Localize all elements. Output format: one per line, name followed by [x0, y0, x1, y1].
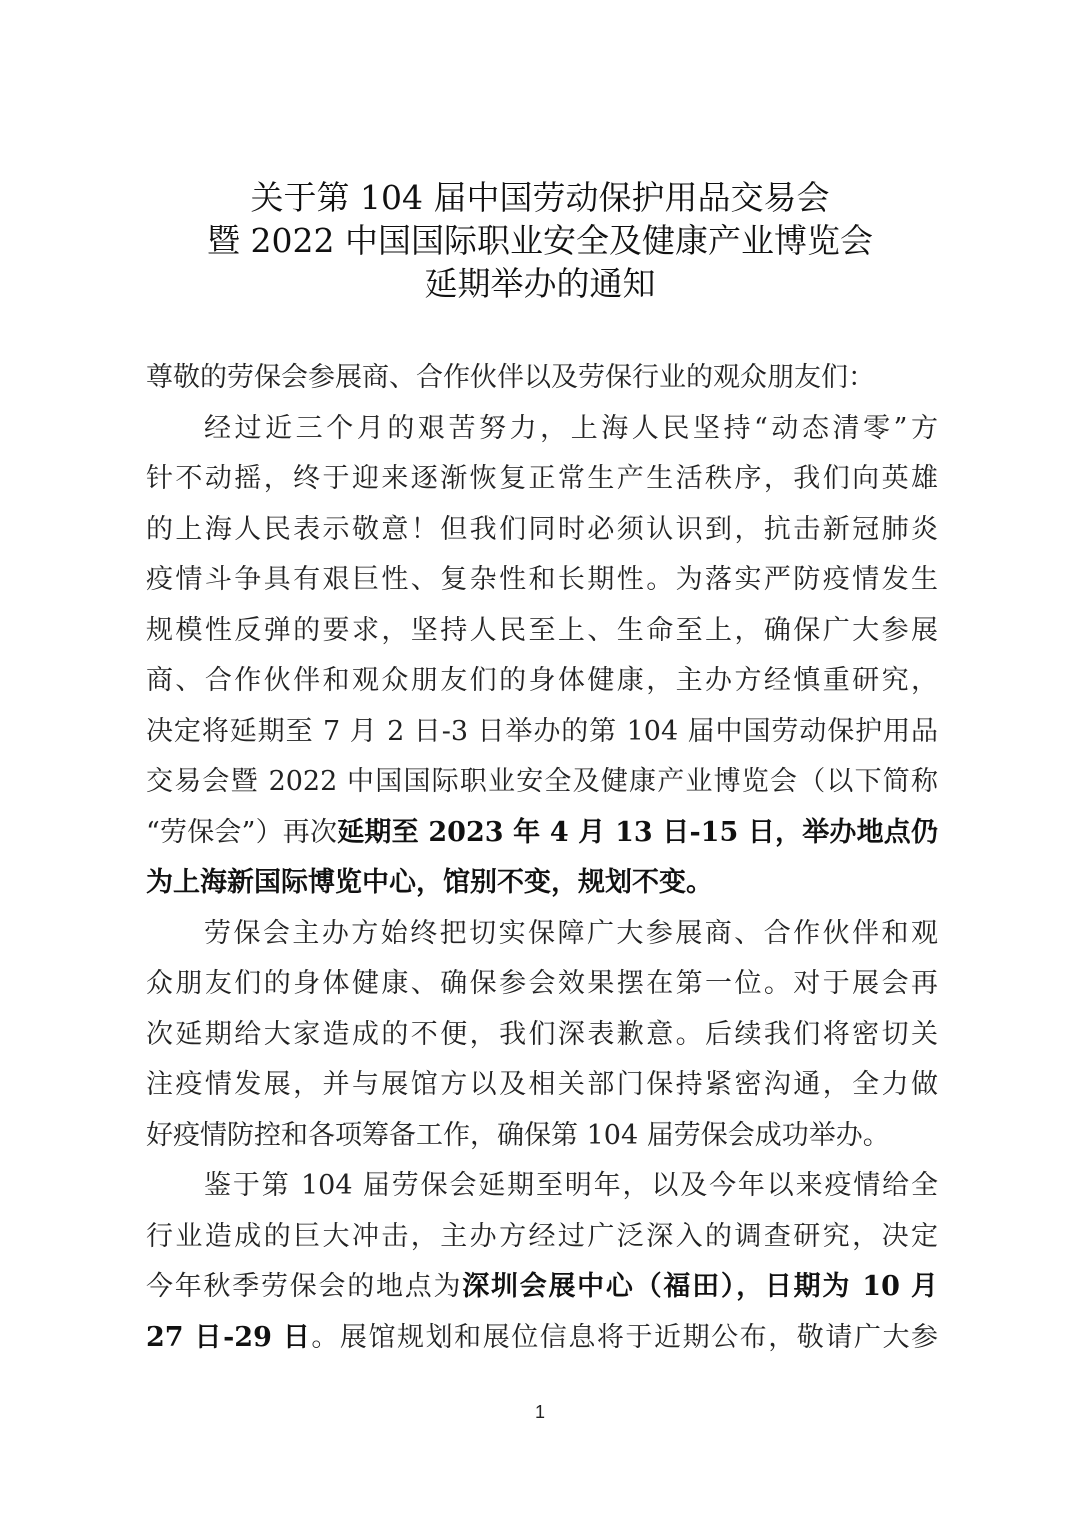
text-line: 经过近三个月的艰苦努力，上海人民坚持“动态清零”方 — [146, 404, 938, 455]
document-body: 尊敬的劳保会参展商、合作伙伴以及劳保行业的观众朋友们： 经过近三个月的艰苦努力，… — [146, 353, 938, 1363]
text-line: 27 日-29 日。展馆规划和展位信息将于近期公布，敬请广大参 — [146, 1313, 938, 1364]
text-segment: 次延期给大家造成的不便，我们深表歉意。后续我们将密切关 — [146, 1019, 938, 1050]
text-segment: 规模性反弹的要求，坚持人民至上、生命至上，确保广大参展 — [146, 615, 938, 646]
text-segment: 。展馆规划和展位信息将于近期公布，敬请广大参 — [311, 1322, 938, 1353]
text-line: 鉴于第 104 届劳保会延期至明年，以及今年以来疫情给全 — [146, 1161, 938, 1212]
paragraph: 鉴于第 104 届劳保会延期至明年，以及今年以来疫情给全行业造成的巨大冲击，主办… — [146, 1161, 938, 1363]
paragraph: 劳保会主办方始终把切实保障广大参展商、合作伙伴和观众朋友们的身体健康、确保参会效… — [146, 909, 938, 1162]
text-line: 针不动摇，终于迎来逐渐恢复正常生产生活秩序，我们向英雄 — [146, 454, 938, 505]
text-line: 今年秋季劳保会的地点为深圳会展中心（福田），日期为 10 月 — [146, 1262, 938, 1313]
text-segment: 经过近三个月的艰苦努力，上海人民坚持“动态清零”方 — [204, 413, 938, 444]
text-line: 众朋友们的身体健康、确保参会效果摆在第一位。对于展会再 — [146, 959, 938, 1010]
text-segment: 决定将延期至 7 月 2 日-3 日举办的第 104 届中国劳动保护用品 — [146, 716, 938, 747]
text-line: 规模性反弹的要求，坚持人民至上、生命至上，确保广大参展 — [146, 606, 938, 657]
document-page: 关于第 104 届中国劳动保护用品交易会 暨 2022 中国国际职业安全及健康产… — [0, 0, 1080, 1527]
title-line-1: 关于第 104 届中国劳动保护用品交易会 — [0, 176, 1080, 219]
text-line: “劳保会”）再次延期至 2023 年 4 月 13 日-15 日，举办地点仍 — [146, 808, 938, 859]
bold-text: 延期至 2023 年 4 月 13 日-15 日，举办地点仍 — [337, 817, 938, 848]
paragraphs-container: 经过近三个月的艰苦努力，上海人民坚持“动态清零”方针不动摇，终于迎来逐渐恢复正常… — [146, 404, 938, 1364]
text-segment: 众朋友们的身体健康、确保参会效果摆在第一位。对于展会再 — [146, 968, 938, 999]
text-line: 劳保会主办方始终把切实保障广大参展商、合作伙伴和观 — [146, 909, 938, 960]
text-segment: 疫情斗争具有艰巨性、复杂性和长期性。为落实严防疫情发生 — [146, 564, 938, 595]
text-line: 注疫情发展，并与展馆方以及相关部门保持紧密沟通，全力做 — [146, 1060, 938, 1111]
bold-text: 27 日-29 日 — [146, 1322, 311, 1353]
text-line: 行业造成的巨大冲击，主办方经过广泛深入的调查研究，决定 — [146, 1212, 938, 1263]
text-segment: 针不动摇，终于迎来逐渐恢复正常生产生活秩序，我们向英雄 — [146, 463, 938, 494]
text-line: 好疫情防控和各项筹备工作，确保第 104 届劳保会成功举办。 — [146, 1111, 938, 1162]
text-segment: 商、合作伙伴和观众朋友们的身体健康，主办方经慎重研究， — [146, 665, 938, 696]
text-segment: 行业造成的巨大冲击，主办方经过广泛深入的调查研究，决定 — [146, 1221, 938, 1252]
page-number: 1 — [0, 1402, 1080, 1423]
text-segment: 鉴于第 104 届劳保会延期至明年，以及今年以来疫情给全 — [204, 1170, 938, 1201]
text-segment: 今年秋季劳保会的地点为 — [146, 1271, 462, 1302]
text-line: 商、合作伙伴和观众朋友们的身体健康，主办方经慎重研究， — [146, 656, 938, 707]
text-segment: 好疫情防控和各项筹备工作，确保第 104 届劳保会成功举办。 — [146, 1120, 890, 1151]
text-line: 次延期给大家造成的不便，我们深表歉意。后续我们将密切关 — [146, 1010, 938, 1061]
text-segment: 的上海人民表示敬意！但我们同时必须认识到，抗击新冠肺炎 — [146, 514, 938, 545]
text-line: 的上海人民表示敬意！但我们同时必须认识到，抗击新冠肺炎 — [146, 505, 938, 556]
title-line-2: 暨 2022 中国国际职业安全及健康产业博览会 — [0, 219, 1080, 262]
text-line: 交易会暨 2022 中国国际职业安全及健康产业博览会（以下简称 — [146, 757, 938, 808]
text-line: 疫情斗争具有艰巨性、复杂性和长期性。为落实严防疫情发生 — [146, 555, 938, 606]
salutation: 尊敬的劳保会参展商、合作伙伴以及劳保行业的观众朋友们： — [146, 353, 938, 404]
text-segment: 交易会暨 2022 中国国际职业安全及健康产业博览会（以下简称 — [146, 766, 938, 797]
text-line: 为上海新国际博览中心，馆别不变，规划不变。 — [146, 858, 938, 909]
document-title: 关于第 104 届中国劳动保护用品交易会 暨 2022 中国国际职业安全及健康产… — [0, 176, 1080, 305]
paragraph: 经过近三个月的艰苦努力，上海人民坚持“动态清零”方针不动摇，终于迎来逐渐恢复正常… — [146, 404, 938, 909]
text-segment: 注疫情发展，并与展馆方以及相关部门保持紧密沟通，全力做 — [146, 1069, 938, 1100]
title-line-3: 延期举办的通知 — [0, 262, 1080, 305]
text-segment: “劳保会”）再次 — [146, 817, 337, 848]
text-line: 决定将延期至 7 月 2 日-3 日举办的第 104 届中国劳动保护用品 — [146, 707, 938, 758]
bold-text: 为上海新国际博览中心，馆别不变，规划不变。 — [146, 867, 713, 898]
bold-text: 深圳会展中心（福田），日期为 10 月 — [462, 1271, 938, 1302]
text-segment: 劳保会主办方始终把切实保障广大参展商、合作伙伴和观 — [204, 918, 938, 949]
